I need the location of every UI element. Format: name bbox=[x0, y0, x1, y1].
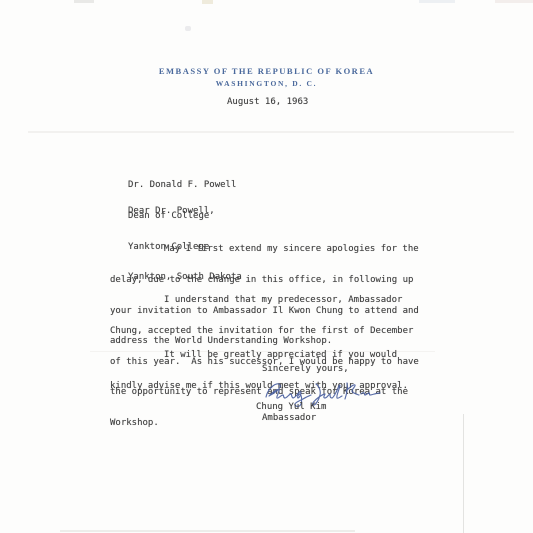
scan-artifact-speck bbox=[185, 26, 191, 31]
letter-date: August 16, 1963 bbox=[227, 97, 308, 107]
closing-phrase: Sincerely yours, bbox=[262, 364, 349, 374]
body-line: May I first extend my sincere apologies … bbox=[110, 244, 419, 254]
body-line: It will be greatly appreciated if you wo… bbox=[110, 350, 408, 360]
scan-artifact-top-smudge bbox=[202, 0, 213, 4]
scan-artifact-top-smudge bbox=[419, 0, 455, 3]
scan-artifact-top-smudge bbox=[495, 0, 533, 3]
scan-artifact-bottom-line bbox=[60, 530, 355, 532]
scan-artifact-top-smudge bbox=[74, 0, 94, 3]
scan-artifact-streak bbox=[28, 131, 514, 133]
signer-title: Ambassador bbox=[262, 413, 316, 423]
recipient-name: Dr. Donald F. Powell bbox=[128, 180, 242, 190]
body-line: I understand that my predecessor, Ambass… bbox=[110, 295, 419, 305]
scan-artifact-vertical-line bbox=[463, 414, 464, 533]
scanned-letter-page: EMBASSY OF THE REPUBLIC OF KOREA WASHING… bbox=[0, 0, 533, 533]
salutation: Dear Dr. Powell, bbox=[128, 206, 215, 216]
letterhead-city: WASHINGTON, D. C. bbox=[0, 79, 533, 88]
typed-signer-name: Chung Yul Kim bbox=[256, 402, 326, 412]
letterhead: EMBASSY OF THE REPUBLIC OF KOREA WASHING… bbox=[0, 66, 533, 88]
letterhead-embassy-name: EMBASSY OF THE REPUBLIC OF KOREA bbox=[0, 66, 533, 76]
